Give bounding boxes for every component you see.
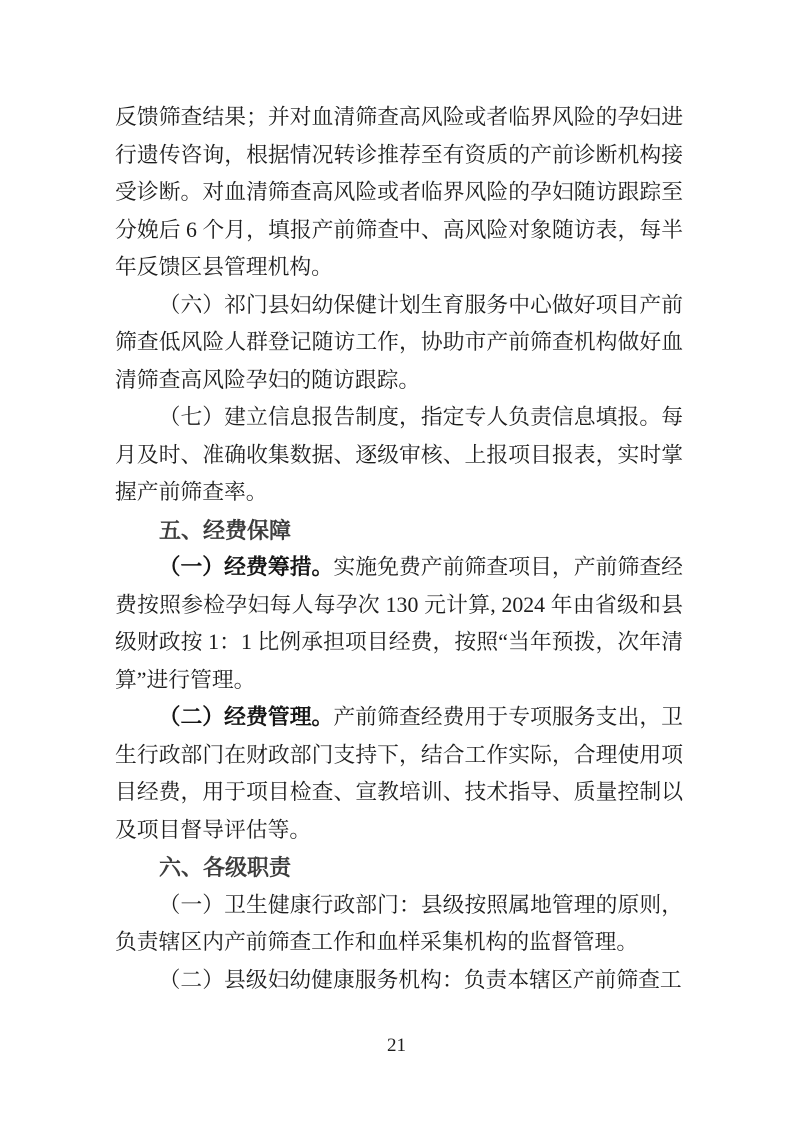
paragraph-funding-management: （二）经费管理。产前筛查经费用于专项服务支出，卫生行政部门在财政部门支持下，结合… xyxy=(115,699,683,849)
subsection-lead-funding-management: （二）经费管理。 xyxy=(159,705,334,729)
page-number: 21 xyxy=(0,1034,793,1058)
section-heading-funding: 五、经费保障 xyxy=(115,512,683,550)
document-page: 反馈筛查结果；并对血清筛查高风险或者临界风险的孕妇进行遗传咨询，根据情况转诊推荐… xyxy=(0,0,793,1122)
subsection-lead-funding-raising: （一）经费筹措。 xyxy=(159,555,334,579)
document-body: 反馈筛查结果；并对血清筛查高风险或者临界风险的孕妇进行遗传咨询，根据情况转诊推荐… xyxy=(115,99,683,999)
paragraph-item-seven: （七）建立信息报告制度，指定专人负责信息填报。每月及时、准确收集数据、逐级审核、… xyxy=(115,399,683,512)
paragraph-item-six: （六）祁门县妇幼保健计划生育服务中心做好项目产前筛查低风险人群登记随访工作，协助… xyxy=(115,287,683,400)
paragraph-funding-raising: （一）经费筹措。实施免费产前筛查项目，产前筛查经费按照参检孕妇每人每孕次 130… xyxy=(115,549,683,699)
section-heading-responsibilities: 六、各级职责 xyxy=(115,849,683,887)
paragraph-health-admin: （一）卫生健康行政部门：县级按照属地管理的原则，负责辖区内产前筛查工作和血样采集… xyxy=(115,887,683,962)
paragraph-followup-tracking: 反馈筛查结果；并对血清筛查高风险或者临界风险的孕妇进行遗传咨询，根据情况转诊推荐… xyxy=(115,99,683,287)
paragraph-county-mch: （二）县级妇幼健康服务机构：负责本辖区产前筛查工 xyxy=(115,962,683,1000)
